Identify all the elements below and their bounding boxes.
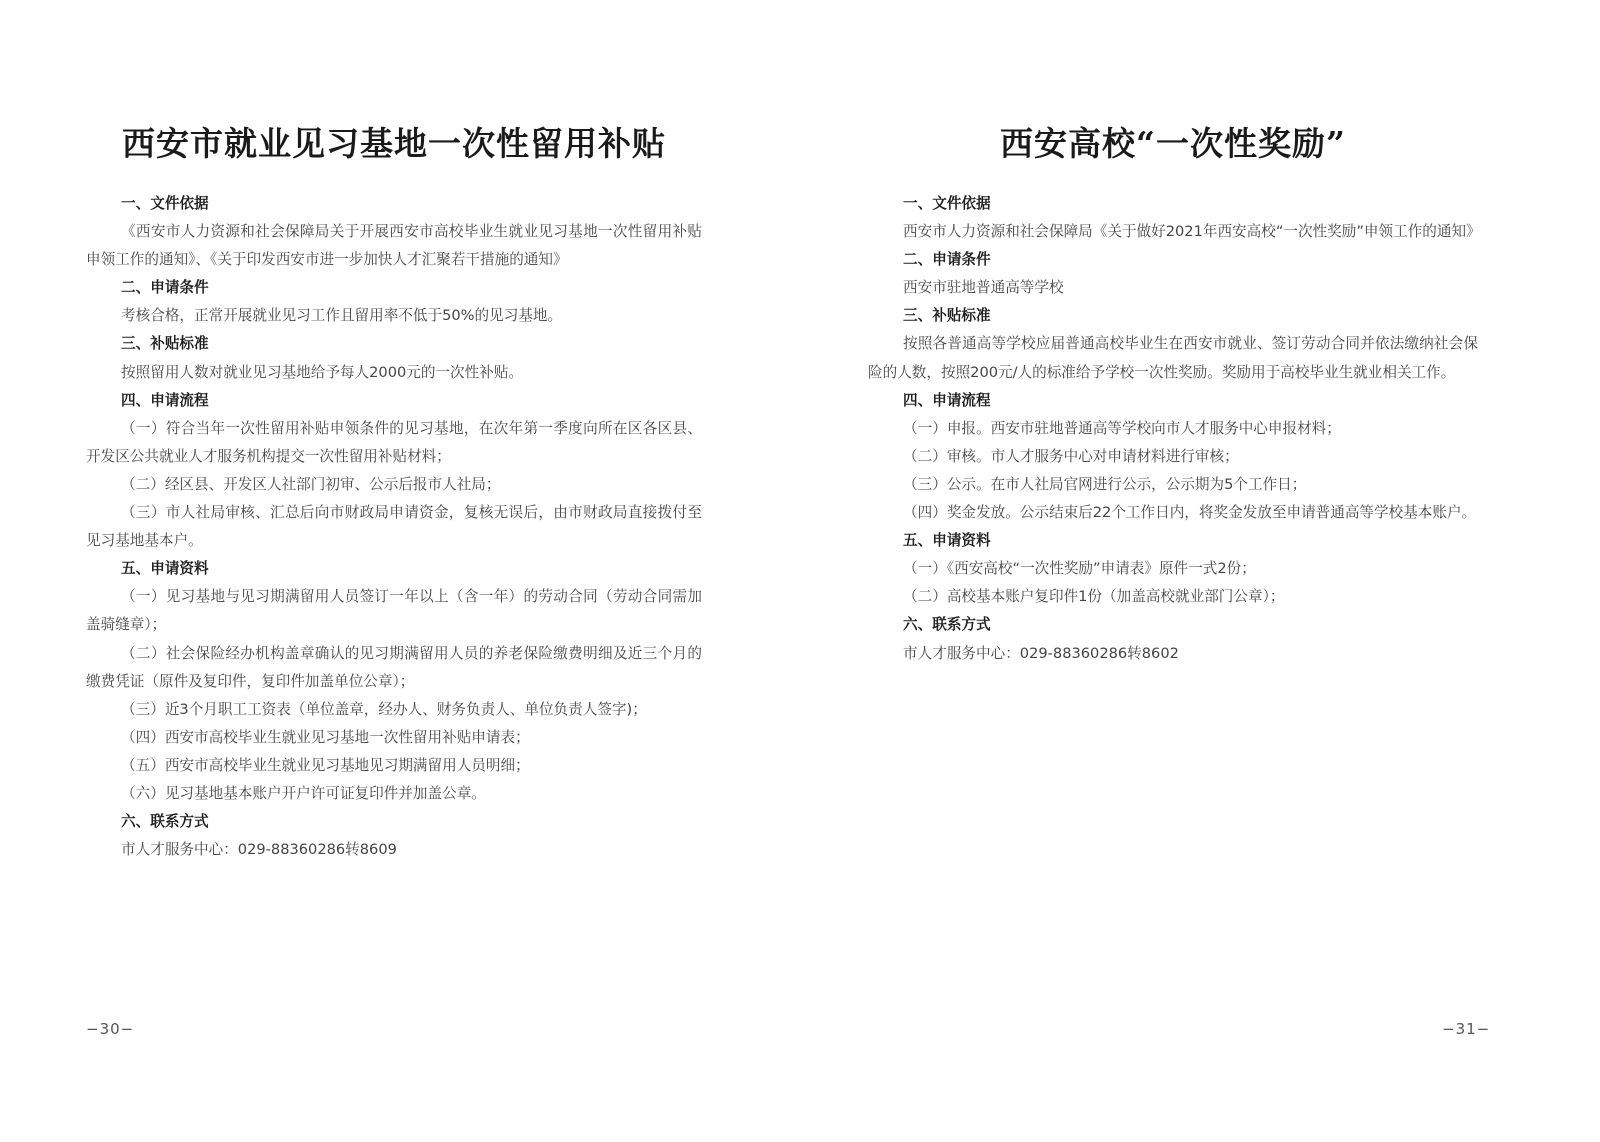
section-heading-contact: 六、联系方式 [86,808,702,836]
paragraph: （二）审核。市人才服务中心对申请材料进行审核； [868,443,1478,471]
section-heading-basis: 一、文件依据 [86,190,702,218]
section-heading-basis: 一、文件依据 [868,190,1478,218]
page-number-right: −31− [1442,1020,1490,1038]
paragraph: （一）符合当年一次性留用补贴申领条件的见习基地，在次年第一季度向所在区各区县、开… [86,415,702,471]
paragraph: （一）见习基地与见习期满留用人员签订一年以上（含一年）的劳动合同（劳动合同需加盖… [86,583,702,639]
right-page-title: 西安高校“一次性奖励” [868,118,1478,165]
paragraph: （三）公示。在市人社局官网进行公示，公示期为5个工作日； [868,471,1478,499]
paragraph: （四）奖金发放。公示结束后22个工作日内，将奖金发放至申请普通高等学校基本账户。 [868,499,1478,527]
section-heading-contact: 六、联系方式 [868,611,1478,639]
left-page: 西安市就业见习基地一次性留用补贴 一、文件依据 《西安市人力资源和社会保障局关于… [86,0,702,1142]
section-heading-process: 四、申请流程 [86,387,702,415]
paragraph: 《西安市人力资源和社会保障局关于开展西安市高校毕业生就业见习基地一次性留用补贴申… [86,218,702,274]
section-heading-materials: 五、申请资料 [86,555,702,583]
paragraph: 西安市人力资源和社会保障局《关于做好2021年西安高校“一次性奖励”申领工作的通… [868,218,1478,246]
page-number-left: −30− [86,1020,134,1038]
paragraph: 西安市驻地普通高等学校 [868,274,1478,302]
section-heading-process: 四、申请流程 [868,387,1478,415]
section-heading-conditions: 二、申请条件 [86,274,702,302]
right-page-body: 一、文件依据 西安市人力资源和社会保障局《关于做好2021年西安高校“一次性奖励… [868,190,1478,668]
paragraph: （三）市人社局审核、汇总后向市财政局申请资金，复核无误后，由市财政局直接拨付至见… [86,499,702,555]
paragraph: （二）高校基本账户复印件1份（加盖高校就业部门公章）； [868,583,1478,611]
left-page-body: 一、文件依据 《西安市人力资源和社会保障局关于开展西安市高校毕业生就业见习基地一… [86,190,702,864]
left-page-title: 西安市就业见习基地一次性留用补贴 [86,118,702,165]
right-page: 西安高校“一次性奖励” 一、文件依据 西安市人力资源和社会保障局《关于做好202… [868,0,1478,1142]
section-heading-conditions: 二、申请条件 [868,246,1478,274]
paragraph: （五）西安市高校毕业生就业见习基地见习期满留用人员明细； [86,752,702,780]
contact-info: 市人才服务中心：029-88360286转8602 [868,640,1478,668]
paragraph: 按照留用人数对就业见习基地给予每人2000元的一次性补贴。 [86,359,702,387]
section-heading-standard: 三、补贴标准 [868,302,1478,330]
paragraph: （四）西安市高校毕业生就业见习基地一次性留用补贴申请表； [86,724,702,752]
paragraph: （一）申报。西安市驻地普通高等学校向市人才服务中心申报材料； [868,415,1478,443]
paragraph: （二）经区县、开发区人社部门初审、公示后报市人社局； [86,471,702,499]
contact-info: 市人才服务中心：029-88360286转8609 [86,836,702,864]
paragraph: 按照各普通高等学校应届普通高校毕业生在西安市就业、签订劳动合同并依法缴纳社会保险… [868,330,1478,386]
paragraph: （一）《西安高校“一次性奖励”申请表》原件一式2份； [868,555,1478,583]
paragraph: （三）近3个月职工工资表（单位盖章，经办人、财务负责人、单位负责人签字)； [86,696,702,724]
paragraph: （六）见习基地基本账户开户许可证复印件并加盖公章。 [86,780,702,808]
paragraph: （二）社会保险经办机构盖章确认的见习期满留用人员的养老保险缴费明细及近三个月的缴… [86,640,702,696]
paragraph: 考核合格，正常开展就业见习工作且留用率不低于50%的见习基地。 [86,302,702,330]
section-heading-standard: 三、补贴标准 [86,330,702,358]
section-heading-materials: 五、申请资料 [868,527,1478,555]
